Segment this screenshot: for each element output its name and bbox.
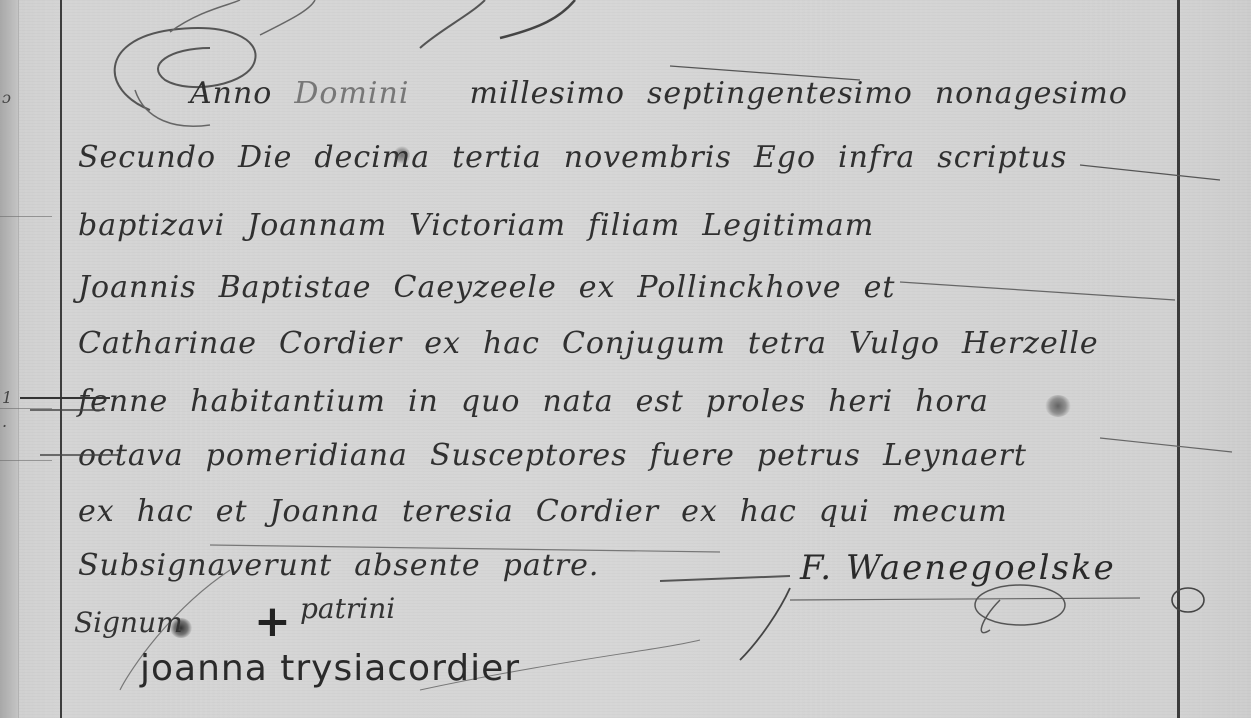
- word: Conjugum: [562, 326, 726, 361]
- word: fuere: [650, 438, 735, 473]
- ink-blot: [1045, 395, 1071, 417]
- word: Pollinckhove: [637, 270, 841, 305]
- word: heri: [828, 384, 893, 419]
- record-line-2: SecundoDiedecimatertianovembrisEgoinfras…: [78, 140, 1089, 175]
- word: teresia: [402, 494, 514, 529]
- word: millesimo: [469, 76, 624, 111]
- word: fenne: [78, 384, 168, 419]
- ink-blot: [170, 618, 192, 638]
- binding-edge-line: [0, 408, 52, 409]
- word: novembris: [564, 140, 732, 175]
- record-line-8: exhacetJoannateresiaCordierexhacquimecum: [78, 494, 1030, 529]
- word: mecum: [892, 494, 1008, 529]
- word: Joanna: [270, 494, 381, 529]
- word: hac: [740, 494, 797, 529]
- word: est: [636, 384, 684, 419]
- word: Ego: [754, 140, 816, 175]
- word: Die: [238, 140, 292, 175]
- word: scriptus: [937, 140, 1067, 175]
- godmother-signature: joanna trysiacordier: [140, 648, 520, 689]
- word: proles: [706, 384, 806, 419]
- word: Joannis: [78, 270, 197, 305]
- word: Vulgo: [849, 326, 940, 361]
- word: Victoriam: [409, 208, 566, 243]
- record-line-1: AnnoDominimillesimoseptingentesimononage…: [190, 76, 1150, 111]
- sponsor-label-patrini: patrini: [300, 592, 395, 625]
- word: tertia: [452, 140, 542, 175]
- binding-edge-line: [0, 460, 52, 461]
- word: Secundo: [78, 140, 216, 175]
- word: Subsignaverunt: [78, 548, 332, 583]
- margin-note: 1: [2, 388, 12, 407]
- margin-note: ɔ: [2, 88, 11, 107]
- word: infra: [838, 140, 915, 175]
- initial-flourish-icon: [60, 0, 680, 140]
- word: ex: [78, 494, 115, 529]
- word: hac: [137, 494, 194, 529]
- word: octava: [78, 438, 184, 473]
- word: ex: [681, 494, 718, 529]
- word: filiam: [588, 208, 680, 243]
- word: quo: [461, 384, 521, 419]
- binding-edge-line: [0, 216, 52, 217]
- word: Cordier: [279, 326, 402, 361]
- record-line-7: octavapomeridianaSusceptoresfuerepetrusL…: [78, 438, 1049, 473]
- record-line-3: baptizaviJoannamVictoriamfiliamLegitimam: [78, 208, 896, 243]
- word: ex: [579, 270, 616, 305]
- word: Catharinae: [78, 326, 257, 361]
- left-margin-rule: [60, 0, 62, 718]
- manuscript-page: ɔ 1 . AnnoDominimillesimoseptingentesimo…: [0, 0, 1251, 718]
- word: Domini: [294, 76, 409, 111]
- word: ex: [424, 326, 461, 361]
- word: absente: [354, 548, 480, 583]
- word: habitantium: [190, 384, 386, 419]
- word: qui: [819, 494, 870, 529]
- word: et: [216, 494, 248, 529]
- word: Legitimam: [702, 208, 874, 243]
- word: Leynaert: [883, 438, 1027, 473]
- word: hora: [915, 384, 989, 419]
- sponsor-label-signum: Signum: [74, 606, 183, 639]
- word: decima: [314, 140, 430, 175]
- record-line-5: CatharinaeCordierexhacConjugumtetraVulgo…: [78, 326, 1121, 361]
- word: nata: [542, 384, 613, 419]
- word: patre.: [503, 548, 600, 583]
- word: Anno: [190, 76, 272, 111]
- word: petrus: [757, 438, 861, 473]
- word: hac: [483, 326, 540, 361]
- record-line-9: Subsignaveruntabsentepatre.: [78, 548, 621, 583]
- sponsor-cross-mark: +: [254, 596, 291, 647]
- word: Herzelle: [962, 326, 1099, 361]
- word: Caeyzeele: [394, 270, 557, 305]
- word: Joannam: [247, 208, 387, 243]
- word: et: [864, 270, 896, 305]
- ink-blot: [394, 146, 410, 164]
- binding-strip: [0, 0, 19, 718]
- word: pomeridiana: [206, 438, 408, 473]
- margin-note: .: [2, 412, 7, 431]
- word: Cordier: [536, 494, 659, 529]
- priest-signature: F. Waenegoelske: [800, 548, 1116, 588]
- word: Susceptores: [430, 438, 628, 473]
- record-line-6: fennehabitantiuminquonataestprolesheriho…: [78, 384, 1011, 419]
- word: nonagesimo: [935, 76, 1128, 111]
- word: Baptistae: [219, 270, 372, 305]
- record-line-4: JoannisBaptistaeCaeyzeeleexPollinckhovee…: [78, 270, 917, 305]
- word: septingentesimo: [647, 76, 913, 111]
- word: tetra: [748, 326, 827, 361]
- right-margin-rule: [1177, 0, 1180, 718]
- word: in: [408, 384, 439, 419]
- word: baptizavi: [78, 208, 225, 243]
